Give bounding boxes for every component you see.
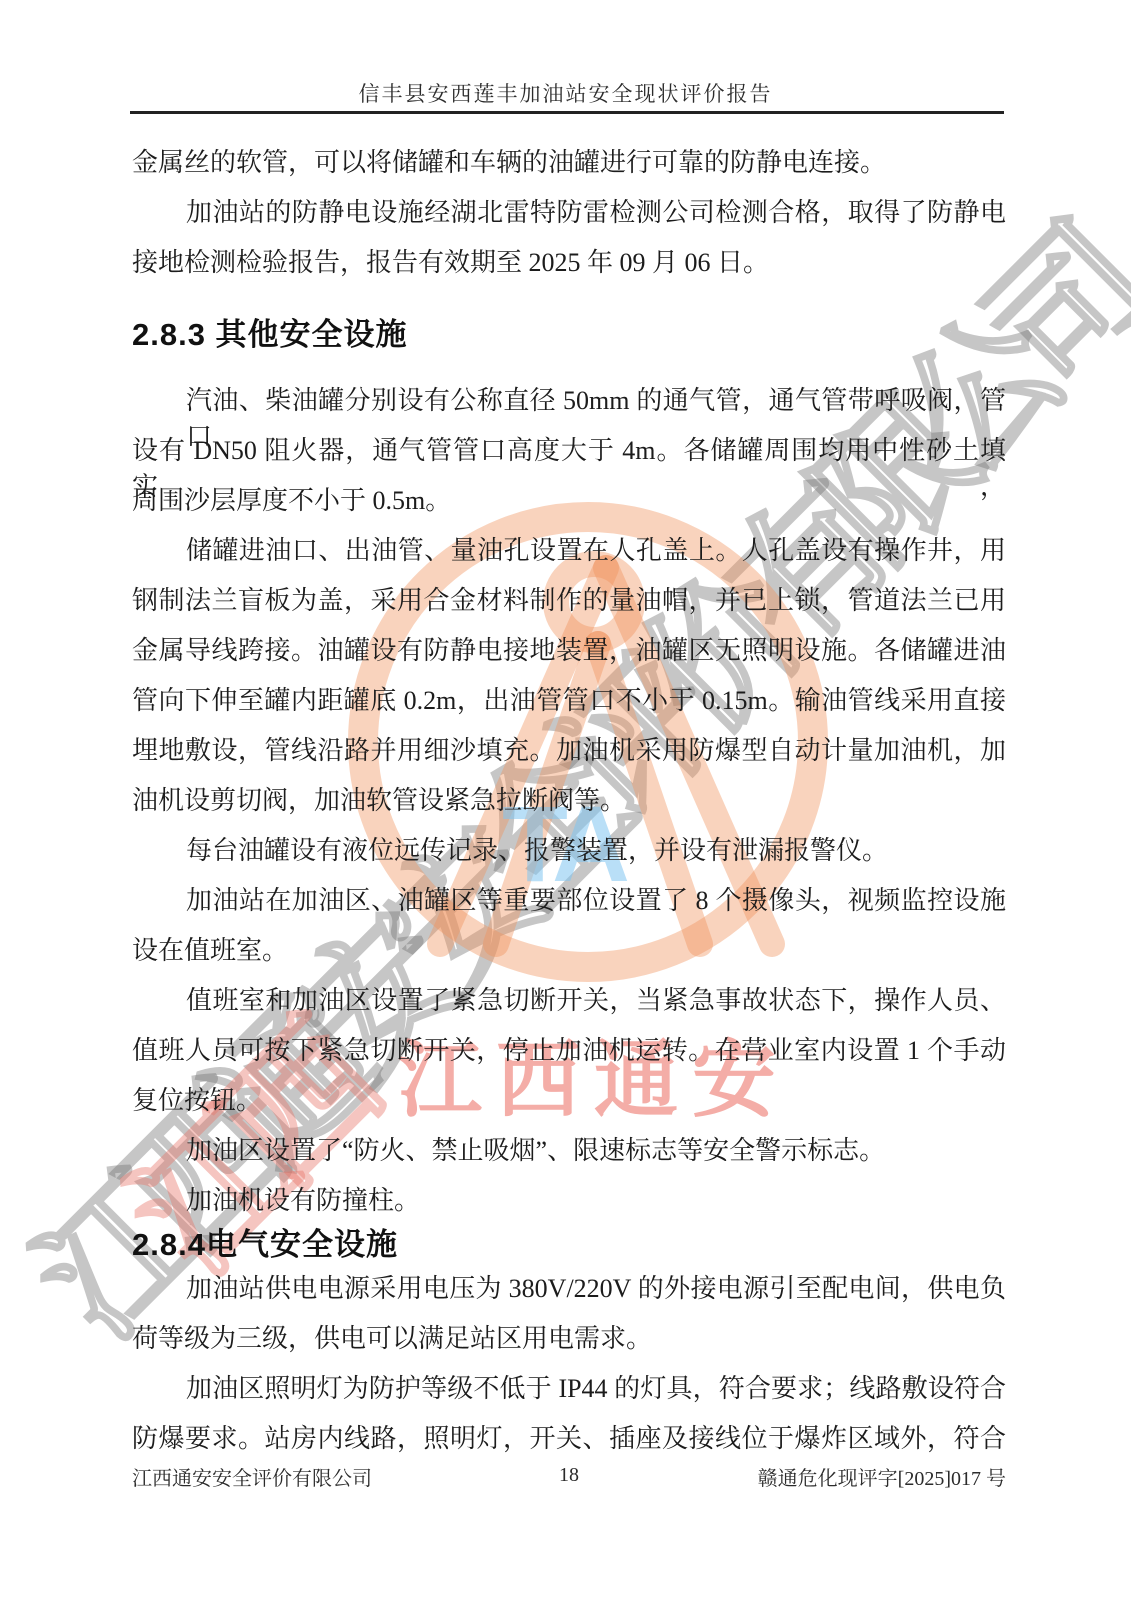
body-line: 加油站在加油区、油罐区等重要部位设置了 8 个摄像头，视频监控设施 bbox=[132, 883, 1006, 919]
body-line: 值班人员可按下紧急切断开关，停止加油机运转。在营业室内设置 1 个手动 bbox=[132, 1033, 1006, 1069]
body-line: 金属丝的软管，可以将储罐和车辆的油罐进行可靠的防静电连接。 bbox=[132, 145, 1006, 181]
page-header-title: 信丰县安西莲丰加油站安全现状评价报告 bbox=[0, 78, 1131, 108]
body-line: 加油机设有防撞柱。 bbox=[132, 1183, 1006, 1219]
body-line: 每台油罐设有液位远传记录、报警装置，并设有泄漏报警仪。 bbox=[132, 833, 1006, 869]
section-heading: 2.8.3 其他安全设施 bbox=[132, 313, 1006, 357]
report-page: 江西通安安全评价有限公司 江西 TA 江西通安 信丰县安西莲丰加油站安全现状评价… bbox=[0, 0, 1131, 1600]
body-line: 加油站供电电源采用电压为 380V/220V 的外接电源引至配电间，供电负 bbox=[132, 1271, 1006, 1307]
body-line: 储罐进油口、出油管、量油孔设置在人孔盖上。人孔盖设有操作井，用 bbox=[132, 533, 1006, 569]
body-line: 值班室和加油区设置了紧急切断开关，当紧急事故状态下，操作人员、 bbox=[132, 983, 1006, 1019]
body-line: 埋地敷设，管线沿路并用细沙填充。加油机采用防爆型自动计量加油机，加 bbox=[132, 733, 1006, 769]
body-line: 管向下伸至罐内距罐底 0.2m，出油管管口不小于 0.15m。输油管线采用直接 bbox=[132, 683, 1006, 719]
body-line: 加油站的防静电设施经湖北雷特防雷检测公司检测合格，取得了防静电 bbox=[132, 195, 1006, 231]
body-line: 周围沙层厚度不小于 0.5m。 bbox=[132, 483, 1006, 519]
body-line: 金属导线跨接。油罐设有防静电接地装置，油罐区无照明设施。各储罐进油 bbox=[132, 633, 1006, 669]
body-line: 接地检测检验报告，报告有效期至 2025 年 09 月 06 日。 bbox=[132, 245, 1006, 281]
body-line: 防爆要求。站房内线路，照明灯，开关、插座及接线位于爆炸区域外，符合 bbox=[132, 1421, 1006, 1457]
body-line: 钢制法兰盲板为盖，采用合金材料制作的量油帽，并已上锁，管道法兰已用 bbox=[132, 583, 1006, 619]
footer-document-number: 赣通危化现评字[2025]017 号 bbox=[758, 1462, 1006, 1491]
body-line: 设在值班室。 bbox=[132, 933, 1006, 969]
body-line: 油机设剪切阀，加油软管设紧急拉断阀等。 bbox=[132, 783, 1006, 819]
body-line: 加油区设置了“防火、禁止吸烟”、限速标志等安全警示标志。 bbox=[132, 1133, 1006, 1169]
header-divider-line bbox=[130, 111, 1004, 114]
body-line: 复位按钮。 bbox=[132, 1083, 1006, 1119]
page-footer: 江西通安安全评价有限公司 18 赣通危化现评字[2025]017 号 bbox=[132, 1462, 1006, 1494]
body-line: 荷等级为三级，供电可以满足站区用电需求。 bbox=[132, 1321, 1006, 1357]
body-line: 加油区照明灯为防护等级不低于 IP44 的灯具，符合要求；线路敷设符合 bbox=[132, 1371, 1006, 1407]
section-heading: 2.8.4电气安全设施 bbox=[132, 1223, 1006, 1267]
